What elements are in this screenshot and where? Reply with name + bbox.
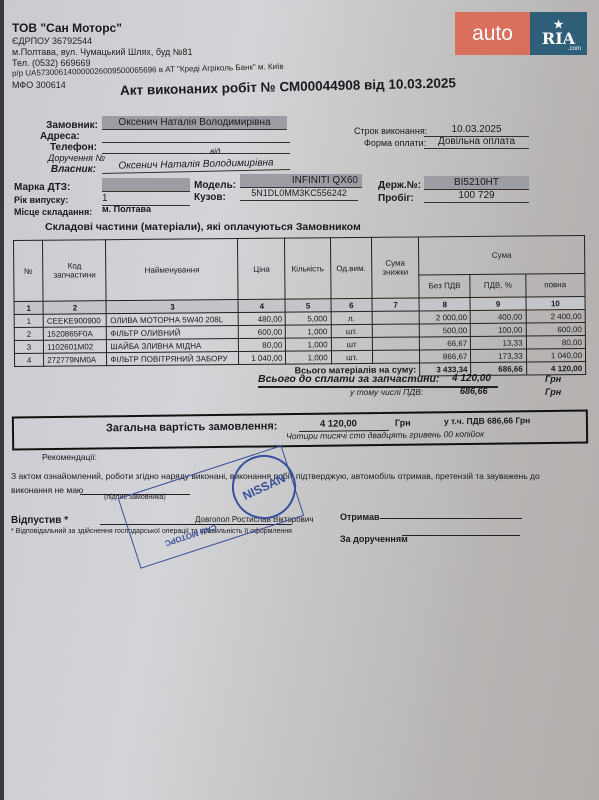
company-name: ТОВ "Сан Моторс"	[12, 21, 122, 35]
logo-com: .com	[568, 46, 581, 52]
customer-label: Замовник:	[40, 120, 98, 131]
customer-field: Оксенич Наталія Володимирівна	[102, 116, 287, 130]
cell-vat: 13,33	[471, 336, 526, 349]
cell-no: 2	[14, 327, 43, 340]
document-title: Акт виконаних робіт № СМ00044908 від 10.…	[120, 75, 456, 98]
col-num: 7	[372, 298, 419, 311]
brand-field	[102, 178, 190, 192]
received-signature-line[interactable]	[380, 518, 522, 519]
col-num: 6	[331, 298, 372, 311]
vat-value: 686,66	[460, 386, 488, 396]
col-header-name: Найменування	[106, 239, 238, 301]
col-header-code: Код запчастини	[43, 240, 107, 302]
logo-ria: ★ RIA .com	[530, 12, 587, 55]
proxy-label: За дорученням	[340, 534, 408, 544]
mileage-field: 100 729	[424, 189, 529, 203]
grand-total-value: 4 120,00	[320, 418, 357, 429]
document-page: ТОВ "Сан Моторс" ЄДРПОУ 36792544 м.Полта…	[0, 0, 599, 800]
company-mfo: МФО 300614	[12, 80, 66, 90]
cell-name: ФІЛЬТР ОЛИВНИЙ	[107, 326, 239, 340]
brand-label: Марка ДТЗ:	[14, 182, 70, 193]
cell-unit: шт	[331, 337, 372, 350]
cell-no-vat: 66,67	[419, 337, 470, 350]
payment-field: Довільна оплата	[424, 135, 529, 149]
logo-ria-text: RIA	[542, 29, 575, 48]
col-num: 3	[107, 300, 239, 314]
cell-qty: 1,000	[286, 325, 331, 338]
cell-qty: 1,000	[286, 351, 331, 364]
received-label: Отримав	[340, 512, 380, 522]
col-num: 8	[419, 298, 470, 311]
proxy-signature-line[interactable]	[402, 535, 520, 536]
cell-name: ОЛИВА МОТОРНА 5W40 208L	[107, 313, 239, 327]
col-num: 5	[285, 299, 330, 312]
col-header-qty: Кількість	[285, 238, 331, 299]
col-header-unit: Од.вим.	[330, 237, 372, 298]
cell-unit: л.	[331, 311, 372, 324]
place-value: м. Полтава	[102, 204, 151, 214]
mileage-label: Пробіг:	[378, 193, 414, 204]
payment-label: Форма оплати:	[364, 138, 426, 148]
body-label: Кузов:	[194, 192, 226, 203]
col-header-full: повна	[525, 273, 585, 297]
cell-no-vat: 866,67	[420, 350, 471, 363]
cell-code: 1102601M02	[44, 340, 107, 354]
cell-code: 272779NM0A	[44, 353, 107, 367]
col-num: 1	[14, 301, 43, 314]
cell-full: 1 040,00	[526, 349, 586, 363]
col-num: 4	[238, 299, 285, 312]
model-field: INFINITI QX60	[240, 174, 362, 188]
cell-no: 4	[14, 353, 43, 366]
from-label: від	[210, 147, 220, 156]
cell-price: 1 040,00	[239, 351, 286, 364]
col-header-sum: Сума	[419, 236, 585, 275]
col-num: 2	[43, 301, 106, 315]
grand-total-currency: Грн	[395, 418, 411, 428]
phone-label: Телефон:	[40, 142, 97, 153]
cell-full: 80,00	[526, 336, 586, 350]
cell-discount	[372, 350, 419, 363]
materials-total-full: 4 120,00	[526, 362, 586, 376]
cell-vat: 173,33	[471, 349, 526, 362]
col-header-price: Ціна	[238, 238, 286, 299]
cell-qty: 5,000	[286, 312, 331, 325]
pay-parts-value: 4 120,00	[452, 373, 491, 384]
grand-total-vat: у т.ч. ПДВ 686,66 Грн	[444, 415, 530, 426]
col-header-no: №	[14, 240, 44, 301]
cell-code: CEEKE900900	[43, 314, 106, 328]
autoria-logo: auto ★ RIA .com	[455, 12, 587, 55]
grand-total-label: Загальна вартість замовлення:	[106, 420, 278, 434]
cell-full: 600,00	[526, 323, 586, 337]
col-num: 10	[526, 297, 586, 311]
model-label: Модель:	[194, 180, 236, 191]
phone-field	[102, 140, 290, 154]
agreement-text-2: виконання не маю	[11, 485, 83, 495]
grand-total-words: Чотири тисячі сто двадцять гривень 00 ко…	[286, 429, 484, 441]
cell-full: 2 400,00	[526, 310, 586, 324]
cell-price: 480,00	[238, 312, 285, 325]
cell-discount	[372, 324, 419, 337]
parts-table: № Код запчастини Найменування Ціна Кільк…	[13, 235, 586, 380]
col-num: 9	[470, 297, 525, 310]
cell-name: ШАЙБА ЗЛИВНА МІДНА	[107, 339, 239, 353]
cell-no: 1	[14, 314, 43, 327]
cell-unit: шт.	[331, 324, 372, 337]
cell-name: ФІЛЬТР ПОВІТРЯНИЙ ЗАБОРУ	[107, 352, 239, 366]
star-icon: ★	[554, 20, 564, 29]
company-edrpou: ЄДРПОУ 36792544	[12, 36, 92, 46]
cell-discount	[372, 337, 419, 350]
power-of-attorney-label: Доручення №	[48, 153, 105, 163]
grand-total-box: Загальна вартість замовлення: 4 120,00 Г…	[12, 409, 588, 450]
plate-field: ВІ5210НТ	[424, 176, 529, 190]
cell-vat: 100,00	[471, 323, 526, 336]
recommendations-label: Рекомендації:	[42, 452, 97, 462]
col-header-discount: Сума знижки	[371, 237, 419, 298]
pay-parts-currency: Грн	[545, 374, 561, 384]
cell-no-vat: 2 000,00	[419, 311, 470, 324]
cell-price: 600,00	[238, 325, 285, 338]
parts-section-title: Складові частини (матеріали), які оплачу…	[45, 221, 361, 233]
cell-qty: 1,000	[286, 338, 331, 351]
company-address: м.Полтава, вул. Чумацький Шлях, буд №81	[12, 47, 192, 57]
cell-vat: 400,00	[470, 310, 525, 323]
address-label: Адреса:	[40, 131, 77, 142]
place-label: Місце складання:	[14, 207, 92, 217]
plate-label: Держ.№:	[378, 180, 421, 191]
released-label: Відпустив *	[11, 515, 68, 526]
owner-label: Власник:	[40, 164, 96, 175]
cell-code: 1520865F0A	[43, 327, 106, 341]
owner-field: Оксенич Наталія Володимирівна	[102, 156, 290, 174]
col-header-no-vat: Без ПДВ	[419, 274, 470, 298]
logo-auto: auto	[455, 12, 530, 55]
pay-parts-label: Всього до сплати за запчастини:	[258, 373, 439, 385]
cell-price: 80,00	[239, 338, 286, 351]
stamp-text: САН МОТОРС	[164, 523, 218, 548]
col-header-vat: ПДВ, %	[470, 274, 525, 298]
cell-unit: шт.	[331, 350, 372, 363]
cell-no: 3	[14, 340, 43, 353]
deadline-label: Строк виконання:	[354, 126, 427, 136]
cell-no-vat: 500,00	[419, 324, 470, 337]
vat-label: у тому числі ПДВ:	[350, 387, 423, 397]
body-field: 5N1DL0MM3KC556242	[240, 187, 358, 201]
year-label: Рік випуску:	[14, 195, 68, 205]
vat-currency: Грн	[545, 387, 561, 397]
cell-discount	[372, 311, 419, 324]
